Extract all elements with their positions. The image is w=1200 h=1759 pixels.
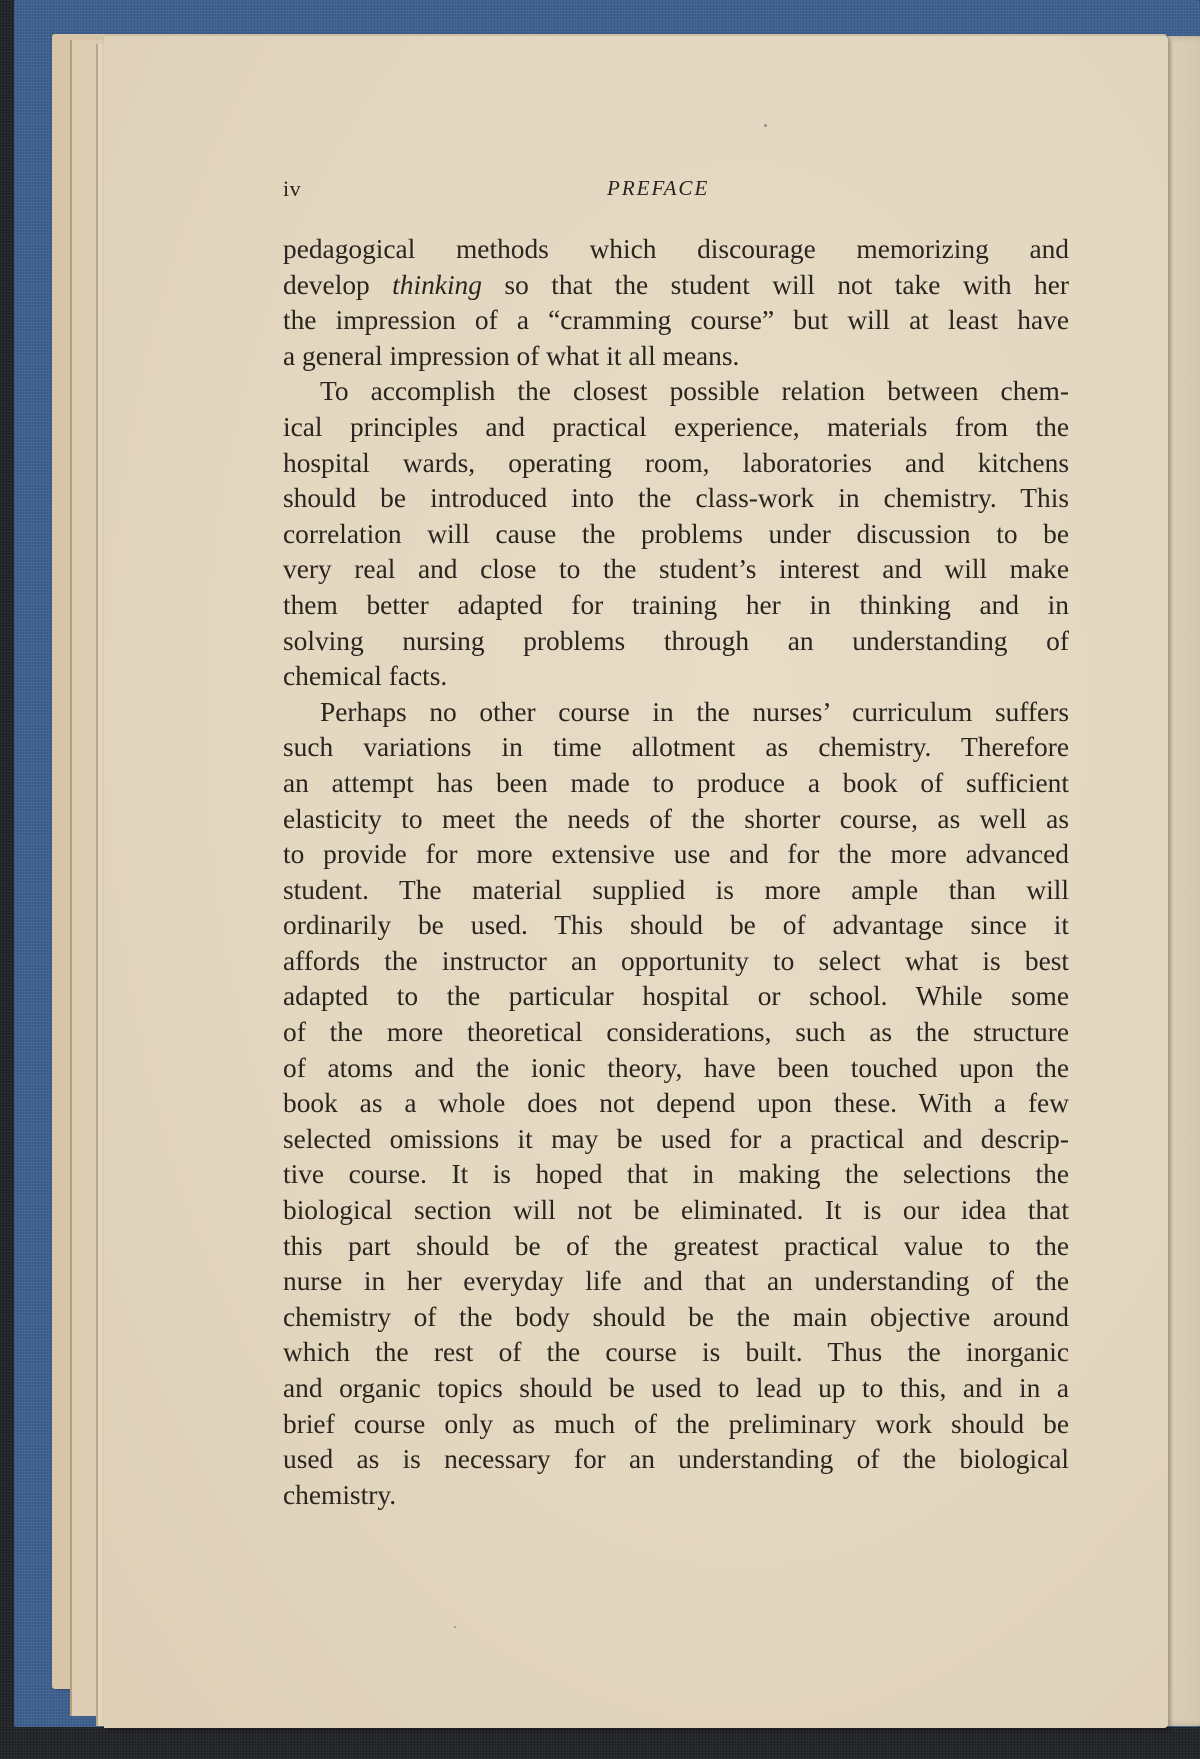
text-line: solving nursing problems through an unde… bbox=[283, 624, 1069, 660]
text-line: elasticity to meet the needs of the shor… bbox=[283, 802, 1069, 838]
body-text: pedagogical methods which discourage mem… bbox=[283, 232, 1069, 1513]
text-line: which the rest of the course is built. T… bbox=[283, 1335, 1069, 1371]
text-line: chemistry. bbox=[283, 1478, 1069, 1514]
text-line: student. The material supplied is more a… bbox=[283, 873, 1069, 909]
text-line: affords the instructor an opportunity to… bbox=[283, 944, 1069, 980]
text-line: Perhaps no other course in the nurses’ c… bbox=[283, 695, 1069, 731]
text-line: of the more theoretical considerations, … bbox=[283, 1015, 1069, 1051]
paragraph: To accomplish the closest possible relat… bbox=[283, 374, 1069, 694]
text-line: very real and close to the student’s int… bbox=[283, 552, 1069, 588]
text-line: of atoms and the ionic theory, have been… bbox=[283, 1051, 1069, 1087]
text-line: them better adapted for training her in … bbox=[283, 588, 1069, 624]
paragraph: pedagogical methods which discourage mem… bbox=[283, 232, 1069, 374]
text-line: hospital wards, operating room, laborato… bbox=[283, 446, 1069, 482]
text-line: ical principles and practical experience… bbox=[283, 410, 1069, 446]
text-run: develop bbox=[283, 270, 392, 300]
text-line: pedagogical methods which discourage mem… bbox=[283, 232, 1069, 268]
text-line: chemistry of the body should be the main… bbox=[283, 1300, 1069, 1336]
text-run: so that the student will not take with h… bbox=[482, 270, 1069, 300]
text-line: and organic topics should be used to lea… bbox=[283, 1371, 1069, 1407]
text-line: develop thinking so that the student wil… bbox=[283, 268, 1069, 304]
text-line: this part should be of the greatest prac… bbox=[283, 1229, 1069, 1265]
text-line: selected omissions it may be used for a … bbox=[283, 1122, 1069, 1158]
emphasized-word: thinking bbox=[392, 270, 482, 300]
paper-speck bbox=[454, 1626, 456, 1628]
text-line: used as is necessary for an understandin… bbox=[283, 1442, 1069, 1478]
page-header: iv PREFACE bbox=[283, 176, 983, 210]
text-line: should be introduced into the class-work… bbox=[283, 481, 1069, 517]
text-line: tive course. It is hoped that in making … bbox=[283, 1157, 1069, 1193]
text-line: an attempt has been made to produce a bo… bbox=[283, 766, 1069, 802]
text-line: book as a whole does not depend upon the… bbox=[283, 1086, 1069, 1122]
text-line: the impression of a “cramming course” bu… bbox=[283, 303, 1069, 339]
text-line: ordinarily be used. This should be of ad… bbox=[283, 908, 1069, 944]
paper-speck bbox=[764, 124, 767, 127]
text-line: to provide for more extensive use and fo… bbox=[283, 837, 1069, 873]
paragraph: Perhaps no other course in the nurses’ c… bbox=[283, 695, 1069, 1514]
page-number: iv bbox=[283, 176, 301, 202]
text-line: adapted to the particular hospital or sc… bbox=[283, 979, 1069, 1015]
text-line: chemical facts. bbox=[283, 659, 1069, 695]
text-line: biological section will not be eliminate… bbox=[283, 1193, 1069, 1229]
text-line: a general impression of what it all mean… bbox=[283, 339, 1069, 375]
running-title: PREFACE bbox=[607, 176, 709, 201]
text-line: nurse in her everyday life and that an u… bbox=[283, 1264, 1069, 1300]
text-line: brief course only as much of the prelimi… bbox=[283, 1407, 1069, 1443]
text-line: correlation will cause the problems unde… bbox=[283, 517, 1069, 553]
text-line: such variations in time allotment as che… bbox=[283, 730, 1069, 766]
text-line: To accomplish the closest possible relat… bbox=[283, 374, 1069, 410]
